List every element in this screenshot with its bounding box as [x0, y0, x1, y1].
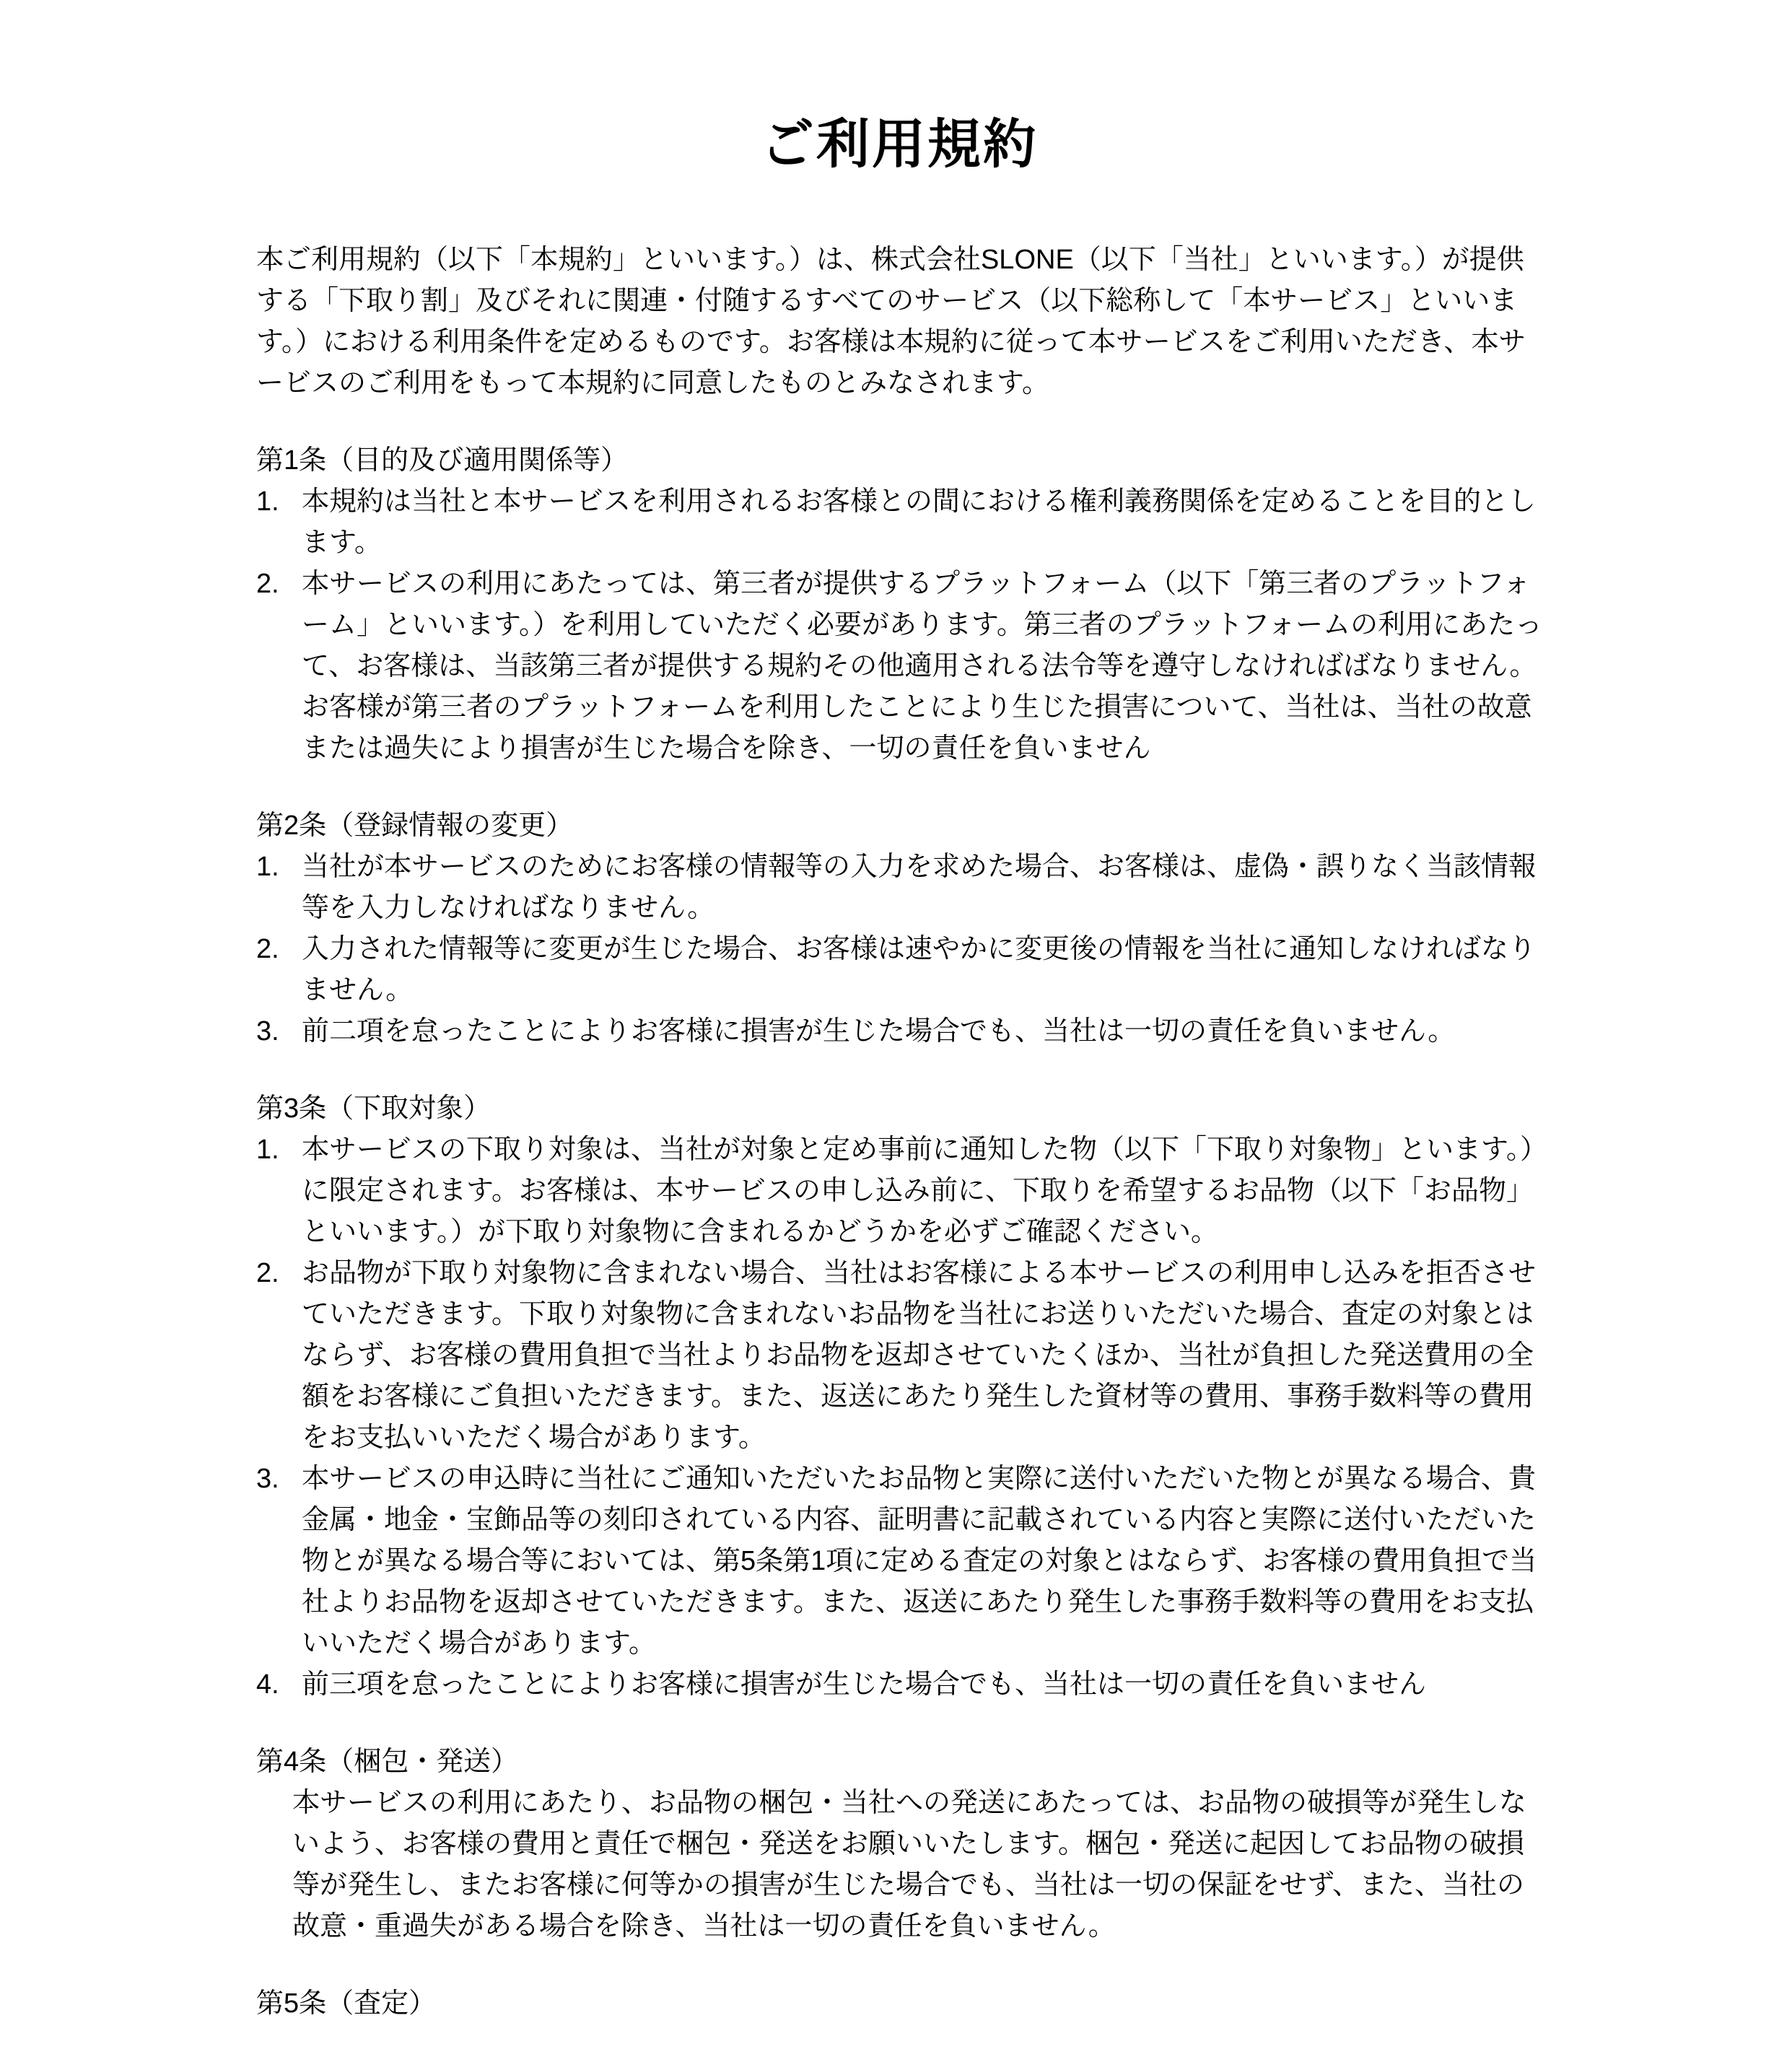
list-item: 1. 本規約は当社と本サービスを利用されるお客様との間における権利義務関係を定め…	[256, 481, 1543, 564]
article-4-paragraph: 本サービスの利用にあたり、お品物の梱包・当社への発送にあたっては、お品物の破損等…	[256, 1783, 1543, 1947]
item-text: 本サービスの下取り対象は、当社が対象と定め事前に通知した物（以下「下取り対象物」…	[302, 1130, 1543, 1253]
item-number: 4.	[256, 1664, 302, 1705]
item-text: 入力された情報等に変更が生じた場合、お客様は速やかに変更後の情報を当社に通知しな…	[302, 929, 1543, 1011]
list-item: 2. お品物が下取り対象物に含まれない場合、当社はお客様による本サービスの利用申…	[256, 1253, 1543, 1459]
item-text: お品物が下取り対象物に含まれない場合、当社はお客様による本サービスの利用申し込み…	[302, 1253, 1543, 1459]
list-item: 4. 前三項を怠ったことによりお客様に損害が生じた場合でも、当社は一切の責任を負…	[256, 1664, 1543, 1705]
list-item: 3. 本サービスの申込時に当社にご通知いただいたお品物と実際に送付いただいた物と…	[256, 1459, 1543, 1664]
list-item: 1. 本サービスの下取り対象は、当社が対象と定め事前に通知した物（以下「下取り対…	[256, 1130, 1543, 1253]
article-4-heading: 第4条（梱包・発送）	[256, 1742, 1543, 1783]
list-item: 3. 前二項を怠ったことによりお客様に損害が生じた場合でも、当社は一切の責任を負…	[256, 1011, 1543, 1052]
item-number: 3.	[256, 1459, 302, 1664]
intro-paragraph: 本ご利用規約（以下「本規約」といいます。）は、株式会社SLONE（以下「当社」と…	[256, 240, 1543, 404]
page-title: ご利用規約	[256, 108, 1543, 180]
article-5: 第5条（査定）	[256, 1983, 1543, 2024]
article-3: 第3条（下取対象） 1. 本サービスの下取り対象は、当社が対象と定め事前に通知し…	[256, 1088, 1543, 1705]
item-text: 前三項を怠ったことによりお客様に損害が生じた場合でも、当社は一切の責任を負いませ…	[302, 1664, 1543, 1705]
list-item: 2. 入力された情報等に変更が生じた場合、お客様は速やかに変更後の情報を当社に通…	[256, 929, 1543, 1011]
article-5-heading: 第5条（査定）	[256, 1983, 1543, 2024]
article-1: 第1条（目的及び適用関係等） 1. 本規約は当社と本サービスを利用されるお客様と…	[256, 440, 1543, 769]
article-3-heading: 第3条（下取対象）	[256, 1088, 1543, 1130]
item-text: 前二項を怠ったことによりお客様に損害が生じた場合でも、当社は一切の責任を負いませ…	[302, 1011, 1543, 1052]
item-number: 2.	[256, 564, 302, 769]
item-text: 本サービスの利用にあたっては、第三者が提供するプラットフォーム（以下「第三者のプ…	[302, 564, 1543, 769]
item-number: 2.	[256, 929, 302, 1011]
item-text: 当社が本サービスのためにお客様の情報等の入力を求めた場合、お客様は、虚偽・誤りな…	[302, 847, 1543, 929]
article-4: 第4条（梱包・発送） 本サービスの利用にあたり、お品物の梱包・当社への発送にあた…	[256, 1742, 1543, 1947]
item-number: 1.	[256, 847, 302, 929]
item-number: 3.	[256, 1011, 302, 1052]
item-number: 1.	[256, 1130, 302, 1253]
list-item: 1. 当社が本サービスのためにお客様の情報等の入力を求めた場合、お客様は、虚偽・…	[256, 847, 1543, 929]
item-text: 本サービスの申込時に当社にご通知いただいたお品物と実際に送付いただいた物とが異な…	[302, 1459, 1543, 1664]
list-item: 2. 本サービスの利用にあたっては、第三者が提供するプラットフォーム（以下「第三…	[256, 564, 1543, 769]
article-1-heading: 第1条（目的及び適用関係等）	[256, 440, 1543, 481]
item-number: 1.	[256, 481, 302, 564]
item-text: 本規約は当社と本サービスを利用されるお客様との間における権利義務関係を定めること…	[302, 481, 1543, 564]
item-number: 2.	[256, 1253, 302, 1459]
article-2-heading: 第2条（登録情報の変更）	[256, 805, 1543, 847]
terms-document-page: ご利用規約 本ご利用規約（以下「本規約」といいます。）は、株式会社SLONE（以…	[0, 0, 1792, 2049]
article-2: 第2条（登録情報の変更） 1. 当社が本サービスのためにお客様の情報等の入力を求…	[256, 805, 1543, 1052]
